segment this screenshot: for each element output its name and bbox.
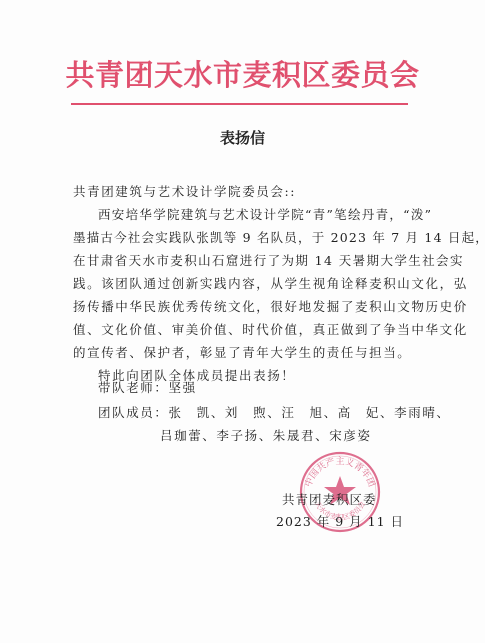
- salutation: 共青团建筑与艺术设计学院委员会::: [73, 184, 296, 200]
- body-line-5: 扬传播中华民族优秀传统文化，很好地发掘了麦积山文物历史价: [73, 299, 468, 315]
- signature-issuer: 共青团麦积区委: [282, 490, 377, 508]
- teacher-label: 带队老师：: [98, 380, 169, 395]
- letterhead-title: 共青团天水市麦积区委员会: [0, 58, 485, 92]
- members-row: 团队成员：张 凯、刘 煦、汪 旭、高 妃、李雨晴、: [98, 405, 451, 421]
- body-line-6: 值、文化价值、审美价值、时代价值，真正做到了争当中华文化: [73, 322, 468, 338]
- members-label: 团队成员：: [98, 405, 169, 420]
- body-line-2: 墨描古今社会实践队张凯等 9 名队员，于 2023 年 7 月 14 日起，: [73, 230, 485, 246]
- teacher-row: 带队老师：坚强: [98, 380, 197, 396]
- body-line-1: 西安培华学院建筑与艺术设计学院“青”笔绘丹青，“泼”: [98, 207, 432, 223]
- signature-date: 2023 年 9 月 11 日: [276, 512, 404, 530]
- body-line-7: 的宣传者、保护者，彰显了青年大学生的责任与担当。: [73, 345, 411, 361]
- body-line-3: 在甘肃省天水市麦积山石窟进行了为期 14 天暑期大学生社会实: [73, 253, 464, 269]
- members-list-line-1: 张 凯、刘 煦、汪 旭、高 妃、李雨晴、: [169, 405, 451, 420]
- members-list-line-2: 吕珈蕾、李子扬、朱晟君、宋彦姿: [160, 428, 372, 444]
- letter-page: 共青团天水市麦积区委员会 表扬信 共青团建筑与艺术设计学院委员会:: 西安培华学…: [0, 0, 485, 643]
- document-title: 表扬信: [0, 127, 485, 148]
- letterhead-divider: [71, 103, 408, 105]
- teacher-name: 坚强: [169, 380, 197, 395]
- body-line-4: 践。该团队通过创新实践内容，从学生视角诠释麦积山文化，弘: [73, 276, 468, 292]
